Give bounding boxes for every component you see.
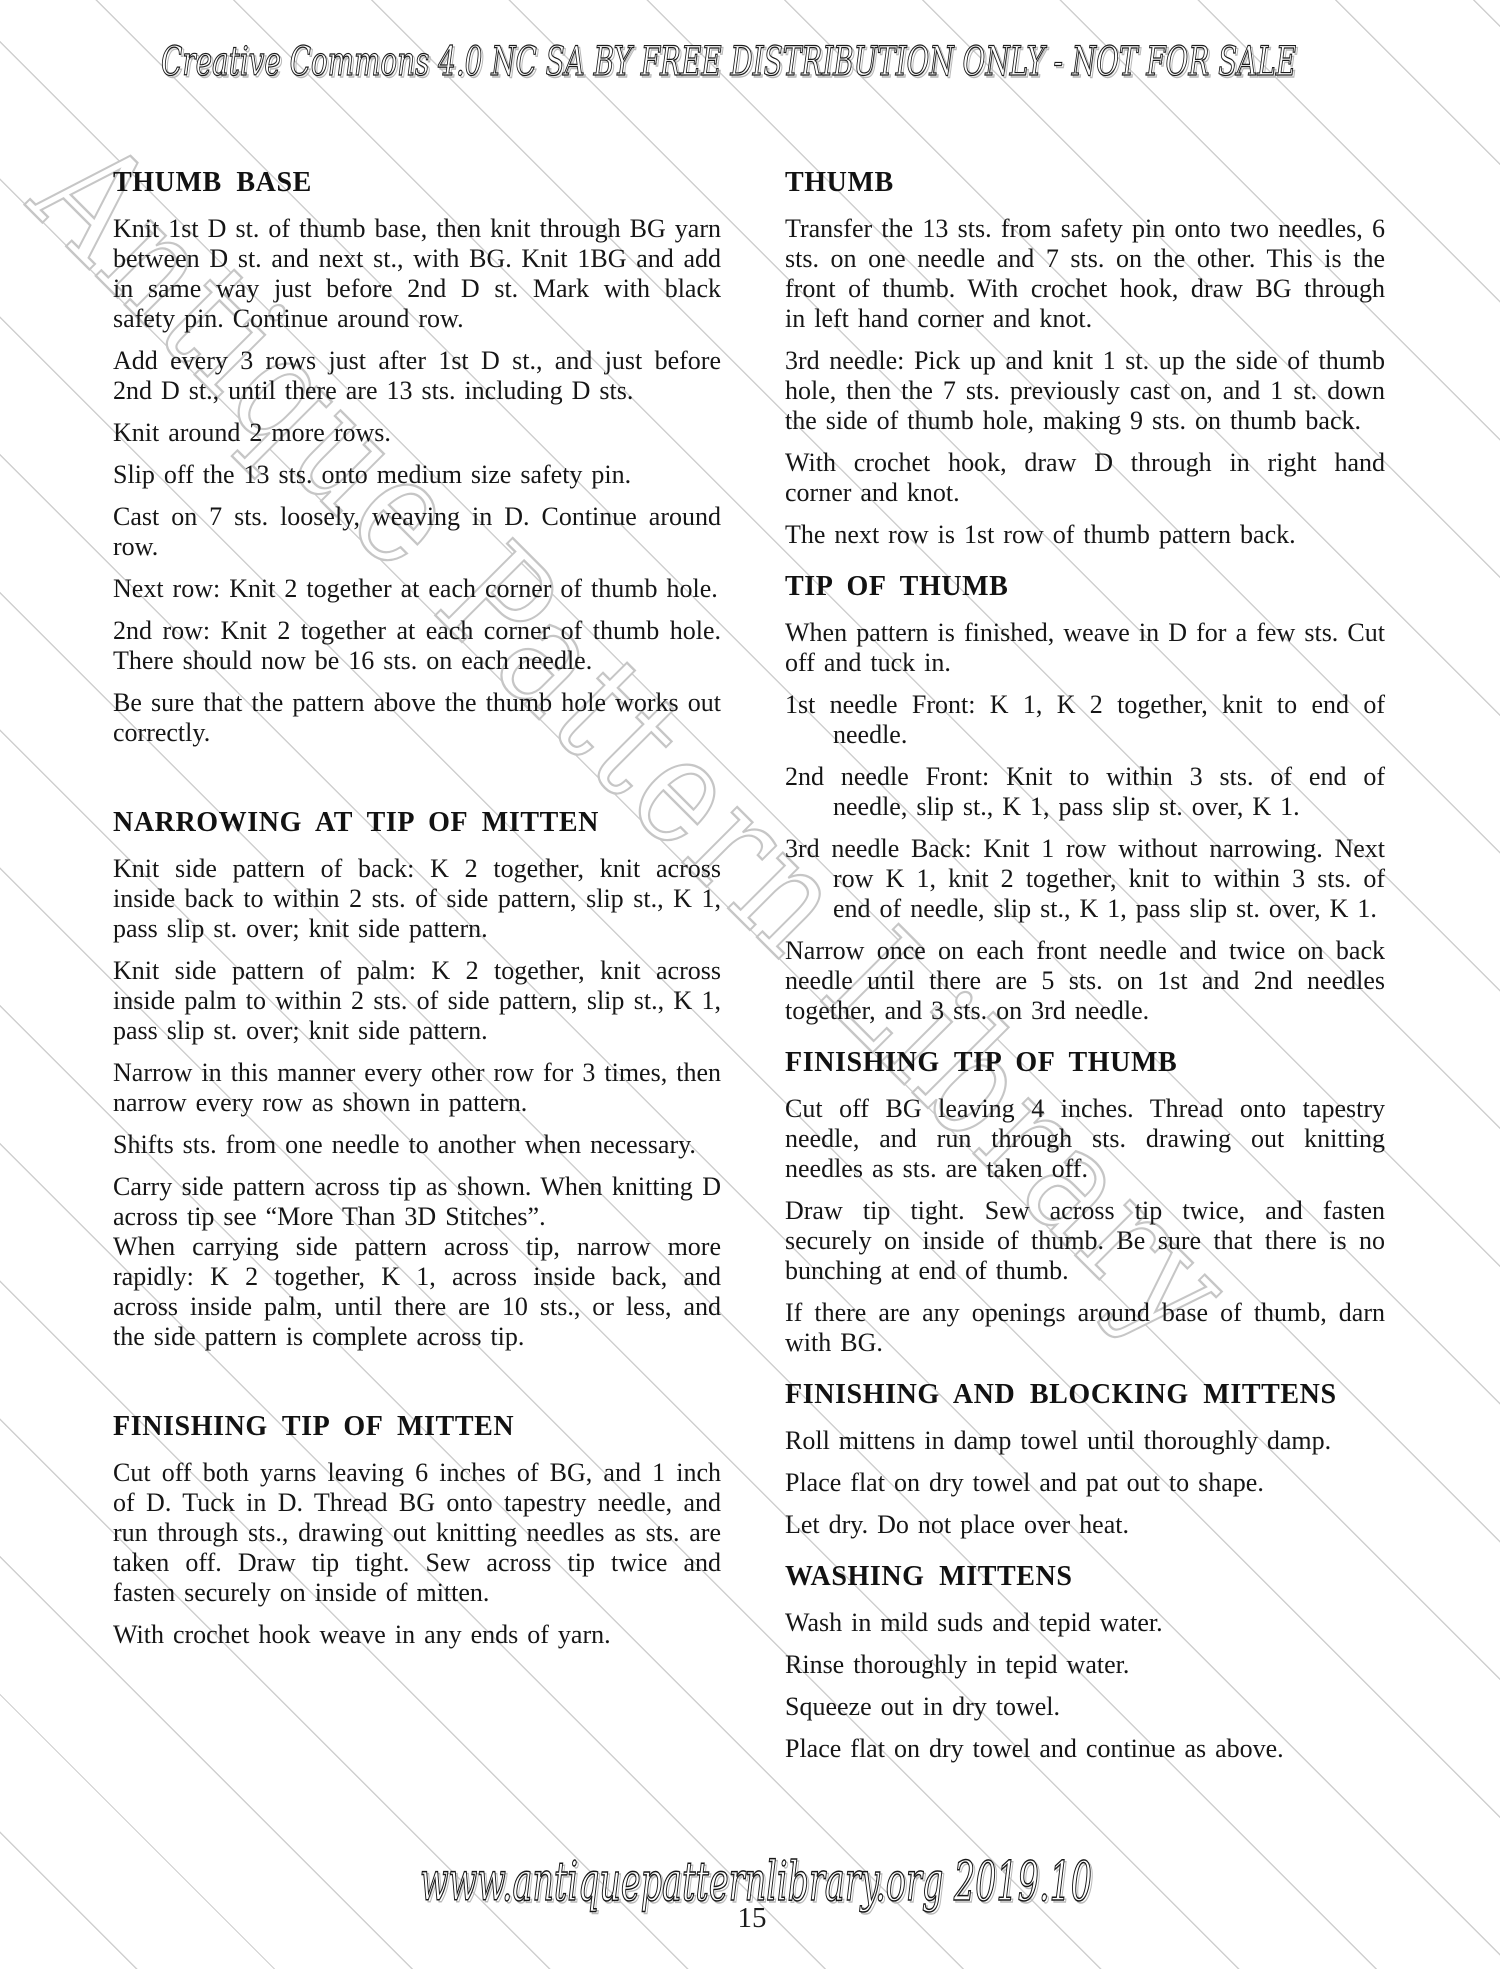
paragraph: Knit around 2 more rows. xyxy=(113,418,721,448)
paragraph: Roll mittens in damp towel until thoroug… xyxy=(785,1426,1385,1456)
paragraph: With crochet hook weave in any ends of y… xyxy=(113,1620,721,1650)
paragraph: 3rd needle: Pick up and knit 1 st. up th… xyxy=(785,346,1385,436)
paragraph: 2nd needle Front: Knit to within 3 sts. … xyxy=(785,762,1385,822)
section-heading: FINISHING TIP OF MITTEN xyxy=(113,1412,721,1442)
scanned-page: Antique Pattern Library Creative Commons… xyxy=(0,0,1500,1969)
section-heading: FINISHING AND BLOCKING MITTENS xyxy=(785,1380,1385,1410)
paragraph: When carrying side pattern across tip, n… xyxy=(113,1232,721,1352)
section-heading: WASHING MITTENS xyxy=(785,1562,1385,1592)
paragraph: Let dry. Do not place over heat. xyxy=(785,1510,1385,1540)
paragraph: Knit side pattern of palm: K 2 together,… xyxy=(113,956,721,1046)
paragraph: Draw tip tight. Sew across tip twice, an… xyxy=(785,1196,1385,1286)
left-column: THUMB BASEKnit 1st D st. of thumb base, … xyxy=(113,168,721,1650)
paragraph: Cut off BG leaving 4 inches. Thread onto… xyxy=(785,1094,1385,1184)
paragraph: Place flat on dry towel and continue as … xyxy=(785,1734,1385,1764)
paragraph: Knit side pattern of back: K 2 together,… xyxy=(113,854,721,944)
section-heading: THUMB xyxy=(785,168,1385,198)
paragraph: Knit 1st D st. of thumb base, then knit … xyxy=(113,214,721,334)
paragraph: Be sure that the pattern above the thumb… xyxy=(113,688,721,748)
paragraph: Rinse thoroughly in tepid water. xyxy=(785,1650,1385,1680)
header-notice: Creative Commons 4.0 NC SA BY FREE DISTR… xyxy=(161,39,1296,85)
paragraph: The next row is 1st row of thumb pattern… xyxy=(785,520,1385,550)
section: THUMB BASEKnit 1st D st. of thumb base, … xyxy=(113,168,721,748)
paragraph: Transfer the 13 sts. from safety pin ont… xyxy=(785,214,1385,334)
paragraph: 1st needle Front: K 1, K 2 together, kni… xyxy=(785,690,1385,750)
page-number: 15 xyxy=(722,1902,782,1935)
section: FINISHING TIP OF THUMBCut off BG leaving… xyxy=(785,1048,1385,1358)
paragraph: Shifts sts. from one needle to another w… xyxy=(113,1130,721,1160)
paragraph: Add every 3 rows just after 1st D st., a… xyxy=(113,346,721,406)
paragraph: Place flat on dry towel and pat out to s… xyxy=(785,1468,1385,1498)
section-heading: TIP OF THUMB xyxy=(785,572,1385,602)
section-heading: THUMB BASE xyxy=(113,168,721,198)
header-notice-shadow: Creative Commons 4.0 NC SA BY FREE DISTR… xyxy=(163,41,1298,87)
paragraph: 3rd needle Back: Knit 1 row without narr… xyxy=(785,834,1385,924)
paragraph: When pattern is finished, weave in D for… xyxy=(785,618,1385,678)
paragraph: If there are any openings around base of… xyxy=(785,1298,1385,1358)
section: FINISHING AND BLOCKING MITTENSRoll mitte… xyxy=(785,1380,1385,1540)
paragraph: Carry side pattern across tip as shown. … xyxy=(113,1172,721,1232)
right-column: THUMBTransfer the 13 sts. from safety pi… xyxy=(785,168,1385,1764)
section: TIP OF THUMBWhen pattern is finished, we… xyxy=(785,572,1385,1026)
section-heading: FINISHING TIP OF THUMB xyxy=(785,1048,1385,1078)
paragraph: Squeeze out in dry towel. xyxy=(785,1692,1385,1722)
paragraph: Next row: Knit 2 together at each corner… xyxy=(113,574,721,604)
section: FINISHING TIP OF MITTENCut off both yarn… xyxy=(113,1412,721,1650)
section: NARROWING AT TIP OF MITTENKnit side patt… xyxy=(113,808,721,1352)
paragraph: Narrow in this manner every other row fo… xyxy=(113,1058,721,1118)
section-heading: NARROWING AT TIP OF MITTEN xyxy=(113,808,721,838)
paragraph: 2nd row: Knit 2 together at each corner … xyxy=(113,616,721,676)
paragraph: With crochet hook, draw D through in rig… xyxy=(785,448,1385,508)
paragraph: Wash in mild suds and tepid water. xyxy=(785,1608,1385,1638)
paragraph: Cut off both yarns leaving 6 inches of B… xyxy=(113,1458,721,1608)
paragraph: Narrow once on each front needle and twi… xyxy=(785,936,1385,1026)
section: WASHING MITTENSWash in mild suds and tep… xyxy=(785,1562,1385,1764)
section: THUMBTransfer the 13 sts. from safety pi… xyxy=(785,168,1385,550)
paragraph: Cast on 7 sts. loosely, weaving in D. Co… xyxy=(113,502,721,562)
paragraph: Slip off the 13 sts. onto medium size sa… xyxy=(113,460,721,490)
